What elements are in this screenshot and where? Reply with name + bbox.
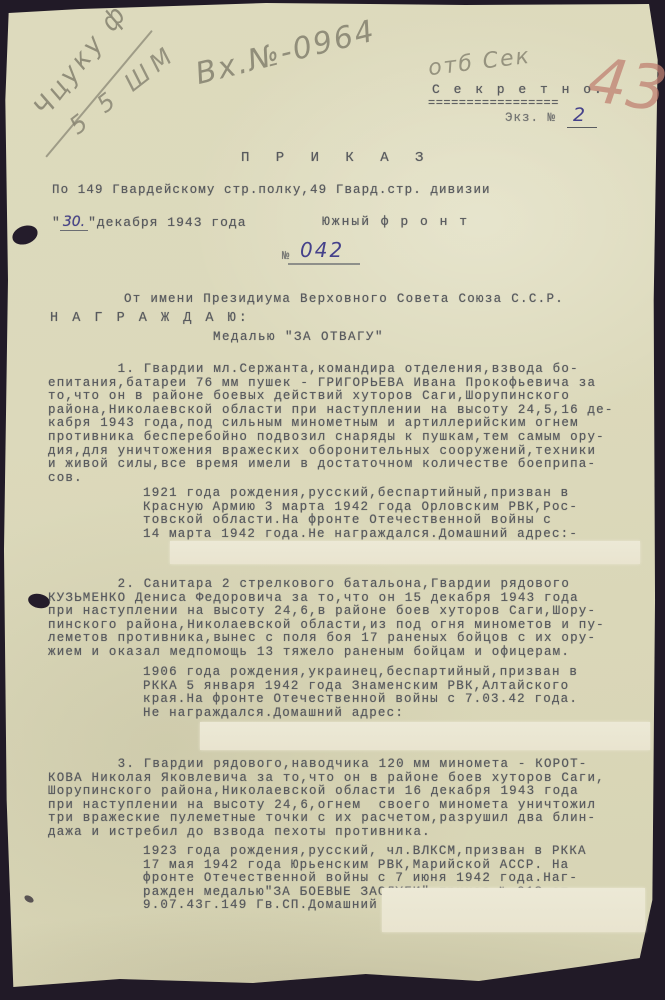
secret-stamp-label: С е к р е т н о. (432, 82, 605, 97)
entry-1-bio: 1921 года рождения,русский,беспартийный,… (143, 487, 643, 541)
entry-1-address-redaction (170, 541, 640, 564)
front-name: Южный ф р о н т (322, 214, 469, 229)
order-number-underline (288, 263, 360, 265)
order-number-value: 042 (300, 238, 344, 262)
entry-2-citation: 2. Санитара 2 стрелкового батальона,Гвар… (48, 578, 648, 660)
award-word: Н А Г Р А Ж Д А Ю: (50, 311, 250, 326)
order-subtitle: По 149 Гвардейскому стр.полку,49 Гвард.с… (52, 183, 491, 197)
date-quote-open: " (52, 215, 60, 230)
copy-number-value: 2 (567, 104, 597, 128)
order-title: П Р И К А З (241, 150, 432, 166)
entry-3-citation: 3. Гвардии рядового,наводчика 120 мм мин… (48, 758, 648, 840)
date-rest: "декабря 1943 года (88, 215, 246, 230)
authority-line: От имени Президиума Верховного Совета Со… (124, 292, 564, 306)
entry-2-address-redaction (200, 722, 650, 750)
order-date-line: "30."декабря 1943 года (52, 214, 247, 230)
entry-3-address-redaction (382, 888, 645, 932)
copy-number-label: Экз. № (505, 111, 556, 125)
date-day: 30. (60, 214, 88, 231)
scanned-order-page: Чцуку ф 5 5 ШМ Вх.№-0964 отб Сек 43 С е … (0, 0, 665, 1000)
secret-stamp-underline: ================= (428, 96, 559, 110)
entry-2-bio: 1906 года рождения,украинец,беспартийный… (143, 666, 643, 720)
entry-1-citation: 1. Гвардии мл.Сержанта,командира отделен… (48, 363, 648, 485)
medal-line: Медалью "ЗА ОТВАГУ" (213, 330, 384, 344)
order-number-label: № (282, 249, 289, 263)
